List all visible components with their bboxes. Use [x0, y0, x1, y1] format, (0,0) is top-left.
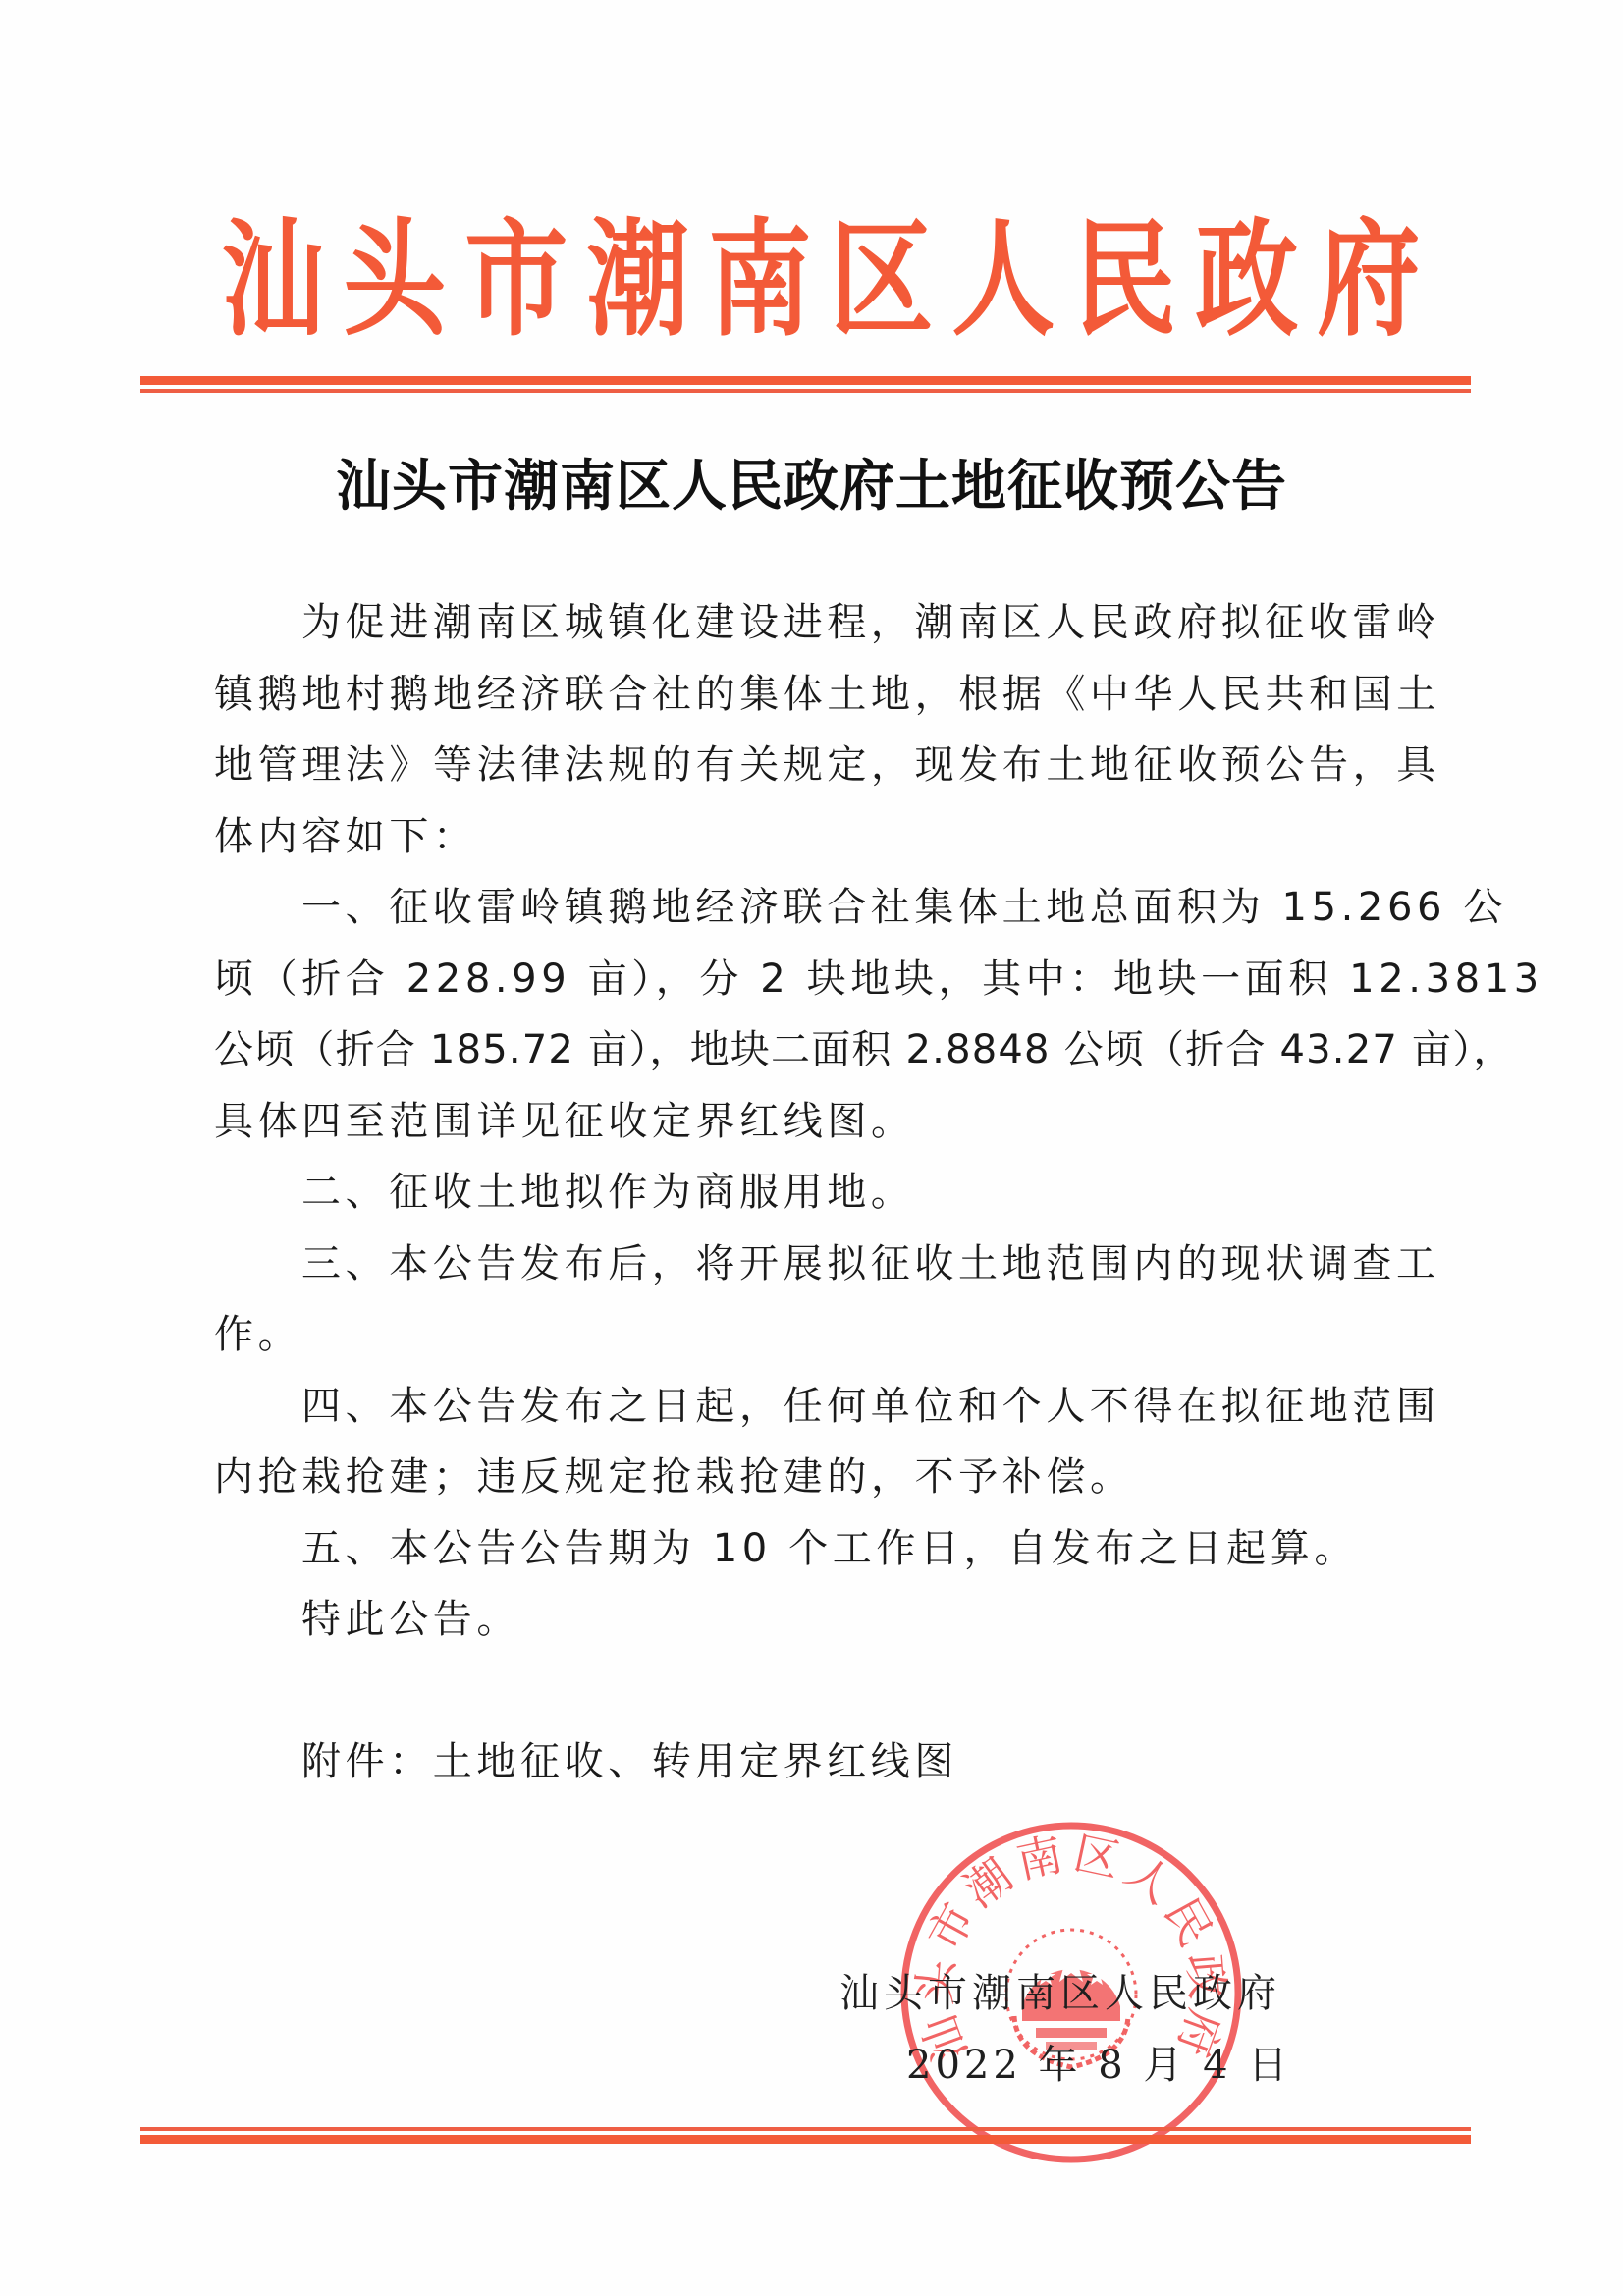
- text-line: 一、征收雷岭镇鹅地经济联合社集体土地总面积为 15.266 公: [214, 872, 1447, 944]
- masthead-char: 潮: [586, 196, 670, 363]
- document-title: 汕头市潮南区人民政府土地征收预公告: [0, 447, 1623, 525]
- signature-block: 汕头市潮南区人民政府 2022 年 8 月 4 日: [839, 1966, 1271, 2093]
- text-line: 地管理法》等法律法规的有关规定，现发布土地征收预公告，具: [214, 730, 1447, 801]
- document-page: 汕 头 市 潮 南 区 人 民 政 府 汕头市潮南区人民政府土地征收预公告 为促…: [0, 0, 1623, 2296]
- paragraph-item-2: 二、征收土地拟作为商服用地。: [214, 1157, 1447, 1229]
- masthead: 汕 头 市 潮 南 区 人 民 政 府: [212, 196, 1410, 363]
- masthead-char: 政: [1195, 196, 1278, 363]
- text-line: 特此公告。: [214, 1584, 1447, 1656]
- paragraph-item-5: 五、本公告公告期为 10 个工作日，自发布之日起算。: [214, 1513, 1447, 1585]
- text-line: 镇鹅地村鹅地经济联合社的集体土地，根据《中华人民共和国土: [214, 659, 1447, 731]
- text-line: 四、本公告发布之日起，任何单位和个人不得在拟征地范围: [214, 1371, 1447, 1443]
- text-line: 公顷（折合 185.72 亩），地块二面积 2.8848 公顷（折合 43.27…: [214, 1014, 1447, 1086]
- text-line: 三、本公告发布后，将开展拟征收土地范围内的现状调查工: [214, 1229, 1447, 1300]
- paragraph-item-1: 一、征收雷岭镇鹅地经济联合社集体土地总面积为 15.266 公 顷（折合 228…: [214, 872, 1447, 1157]
- text-line: 内抢栽抢建；违反规定抢栽抢建的，不予补偿。: [214, 1442, 1447, 1513]
- text-line: 五、本公告公告期为 10 个工作日，自发布之日起算。: [214, 1513, 1447, 1585]
- masthead-char: 府: [1317, 196, 1400, 363]
- paragraph-item-4: 四、本公告发布之日起，任何单位和个人不得在拟征地范围 内抢栽抢建；违反规定抢栽抢…: [214, 1371, 1447, 1513]
- text-line: 作。: [214, 1299, 1447, 1371]
- attachment-text: 附件：土地征收、转用定界红线图: [214, 1726, 1447, 1798]
- masthead-char: 南: [708, 196, 791, 363]
- signature-date: 2022 年 8 月 4 日: [839, 2038, 1271, 2093]
- masthead-char: 市: [464, 196, 548, 363]
- masthead-char: 人: [951, 196, 1035, 363]
- masthead-char: 汕: [221, 196, 304, 363]
- masthead-char: 区: [830, 196, 913, 363]
- masthead-char: 民: [1073, 196, 1157, 363]
- signature-organization: 汕头市潮南区人民政府: [839, 1966, 1271, 2021]
- text-line: 体内容如下：: [214, 801, 1447, 873]
- masthead-rule-thick: [140, 376, 1471, 385]
- masthead-rule-thin: [140, 389, 1471, 393]
- text-line: 二、征收土地拟作为商服用地。: [214, 1157, 1447, 1229]
- attachment-note: 附件：土地征收、转用定界红线图: [214, 1726, 1447, 1798]
- footer-rule-thin: [140, 2127, 1471, 2131]
- paragraph-closing: 特此公告。: [214, 1584, 1447, 1656]
- footer-rule-thick: [140, 2135, 1471, 2144]
- paragraph-intro: 为促进潮南区城镇化建设进程，潮南区人民政府拟征收雷岭 镇鹅地村鹅地经济联合社的集…: [214, 587, 1447, 872]
- masthead-char: 头: [343, 196, 426, 363]
- text-line: 顷（折合 228.99 亩），分 2 块地块，其中：地块一面积 12.3813: [214, 944, 1447, 1015]
- paragraph-item-3: 三、本公告发布后，将开展拟征收土地范围内的现状调查工 作。: [214, 1229, 1447, 1371]
- spacer: [214, 1656, 1447, 1726]
- document-body: 为促进潮南区城镇化建设进程，潮南区人民政府拟征收雷岭 镇鹅地村鹅地经济联合社的集…: [214, 587, 1447, 1797]
- text-line: 为促进潮南区城镇化建设进程，潮南区人民政府拟征收雷岭: [214, 587, 1447, 659]
- text-line: 具体四至范围详见征收定界红线图。: [214, 1086, 1447, 1158]
